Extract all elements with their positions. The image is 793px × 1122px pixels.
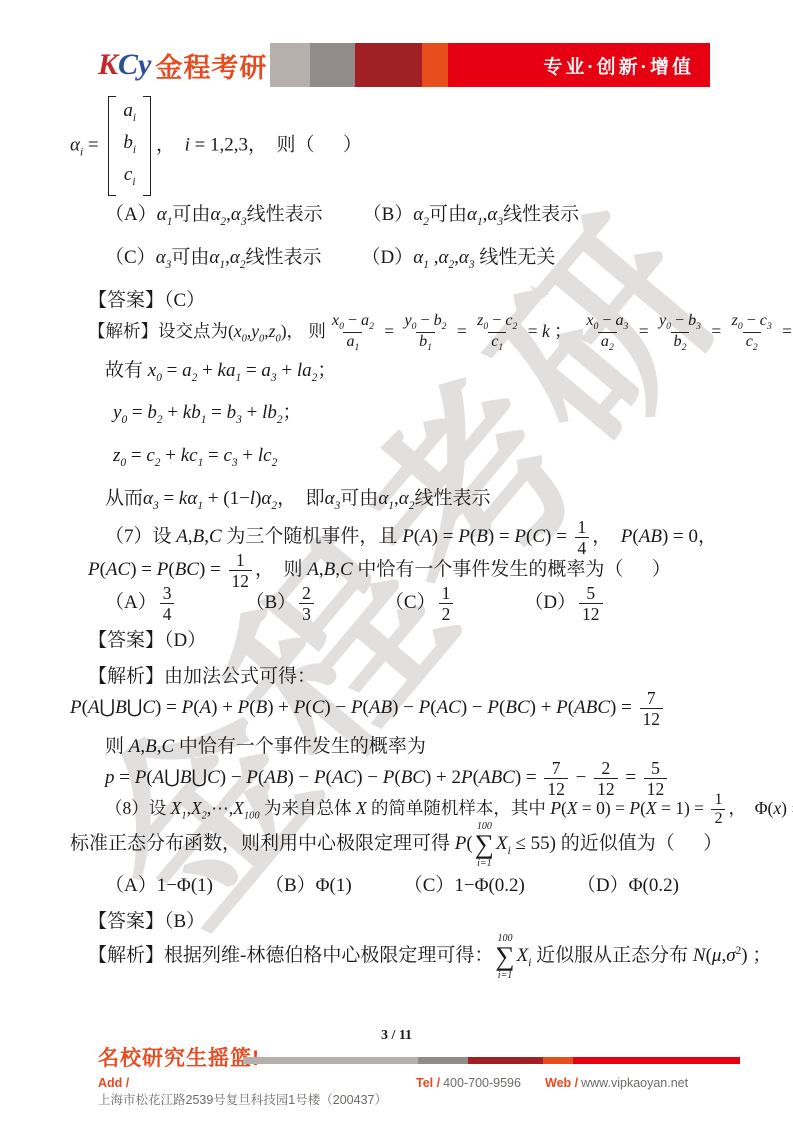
footer-segment-gray bbox=[243, 1057, 418, 1064]
document-page: KCy 金程考研 专业·创新·增值 金程考研 αi = aibici， i = … bbox=[0, 0, 793, 1122]
banner-segment-orange bbox=[422, 43, 448, 87]
q7-answer: 【答案】（D） bbox=[70, 628, 755, 654]
footer-segment-red bbox=[573, 1057, 740, 1064]
document-body: αi = aibici， i = 1,2,3， 则（ ）（A）α1可由α2,α3… bbox=[70, 96, 755, 985]
brand-logo: KCy 金程考研 bbox=[98, 42, 267, 88]
header-tagline: 专业·创新·增值 bbox=[543, 52, 694, 79]
q7-solution-intro: 【解析】由加法公式可得： bbox=[70, 664, 755, 690]
footer-slogan: 名校研究生摇篮! bbox=[98, 1042, 260, 1072]
logo-text: 金程考研 bbox=[155, 46, 267, 85]
q8-solution: 【解析】根据列维-林德伯格中心极限定理可得：100∑i=1Xi 近似服从正态分布… bbox=[70, 933, 755, 981]
q6-solution-line2: 故有 x0 = a2 + ka1 = a3 + la2； bbox=[70, 358, 755, 391]
footer-web[interactable]: Web /www.vipkaoyan.net bbox=[545, 1076, 688, 1108]
q6-solution-line4: z0 = c2 + kc1 = c3 + lc2 bbox=[70, 443, 755, 476]
banner-segment-darkgray bbox=[310, 43, 355, 87]
footer-divider bbox=[243, 1057, 740, 1064]
q6-solution-line3: y0 = b2 + kb1 = b3 + lb2； bbox=[70, 400, 755, 433]
banner-segment-red: 专业·创新·增值 bbox=[448, 43, 710, 87]
q6-answer: 【答案】（C） bbox=[70, 288, 755, 314]
footer-address: Add /上海市松花江路2539号复旦科技园1号楼（200437） bbox=[98, 1076, 416, 1108]
q7-solution-line2: 则 A,B,C 中恰有一个事件发生的概率为 bbox=[70, 734, 755, 760]
q8-stem-line2: 标准正态分布函数，则利用中心极限定理可得 P(100∑i=1Xi ≤ 55) 的… bbox=[70, 821, 755, 869]
banner-segment-gray bbox=[270, 43, 310, 87]
q6-solution-line5: 从而α3 = kα1 + (1−l)α2， 即α3可由α1,α2线性表示 bbox=[70, 486, 755, 519]
q6-options-ab: （A）α1可由α2,α3线性表示（B）α2可由α1,α3线性表示 bbox=[70, 202, 755, 235]
q6-options-cd: （C）α3可由α1,α2线性表示（D）α1 ,α2,α3 线性无关 bbox=[70, 245, 755, 278]
header-banner: 专业·创新·增值 bbox=[270, 43, 710, 87]
q6-solution-line1: 【解析】设交点为(x0,y0,z0)， 则x0 − a2a1 = y0 − b2… bbox=[70, 312, 755, 354]
logo-mark-icon: KCy bbox=[98, 48, 151, 82]
banner-segment-darkred bbox=[355, 43, 422, 87]
footer-tel: Tel /400-700-9596 bbox=[416, 1076, 545, 1108]
q7-solution-formula1: P(A⋃B⋃C) = P(A) + P(B) + P(C) − P(AB) − … bbox=[70, 688, 755, 729]
footer-segment-orange bbox=[543, 1057, 573, 1064]
q8-options: （A）1−Φ(1)（B）Φ(1)（C）1−Φ(0.2)（D）Φ(0.2) bbox=[70, 873, 755, 899]
q6-vector-definition: αi = aibici， i = 1,2,3， 则（ ） bbox=[70, 96, 755, 196]
page-header: KCy 金程考研 专业·创新·增值 bbox=[0, 42, 793, 88]
footer-segment-darkgray bbox=[418, 1057, 468, 1064]
q8-answer: 【答案】（B） bbox=[70, 909, 755, 935]
footer-contact: Add /上海市松花江路2539号复旦科技园1号楼（200437） Tel /4… bbox=[98, 1076, 753, 1108]
footer-segment-darkred bbox=[468, 1057, 543, 1064]
